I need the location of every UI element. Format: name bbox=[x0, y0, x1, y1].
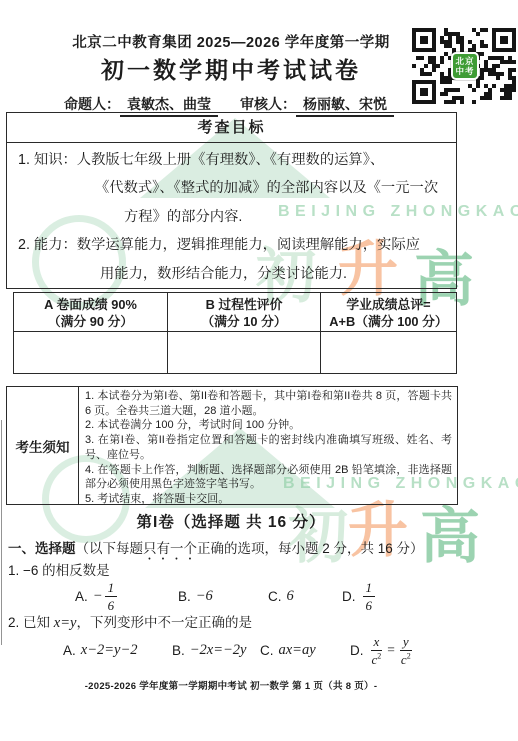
score-header: B 过程性评价 （满分 10 分） bbox=[168, 293, 320, 332]
page-footer: -2025-2026 学年度第一学期期中考试 初一数学 第 1 页（共 8 页）… bbox=[0, 678, 462, 692]
option-a: A. − 16 bbox=[75, 577, 119, 615]
score-column-a: A 卷面成绩 90% （满分 90 分） bbox=[14, 293, 168, 373]
exam-goal-box: 考查目标 1. 知识：人教版七年级上册《有理数》、《有理数的运算》、 《代数式》… bbox=[6, 112, 457, 289]
instruction-heading: 一、选择题 bbox=[8, 541, 76, 556]
notice-item: 5. 考试结束，将答题卡交回。 bbox=[85, 492, 452, 507]
score-cell-empty bbox=[321, 332, 456, 373]
goal-line: 1. 知识：人教版七年级上册《有理数》、《有理数的运算》、 bbox=[7, 143, 456, 174]
score-column-total: 学业成绩总评= A+B（满分 100 分） bbox=[321, 293, 456, 373]
question-text: −6 的相反数是 bbox=[23, 563, 110, 578]
score-header: 学业成绩总评= A+B（满分 100 分） bbox=[321, 293, 456, 332]
goal-line: 《代数式》、《整式的加减》的全部内容以及《一元一次 bbox=[7, 174, 456, 202]
option-c: C. ax=ay bbox=[260, 631, 316, 669]
question-2-stem: 2. 已知 x=y，下列变形中不一定正确的是 bbox=[8, 611, 252, 632]
notice-items: 1. 本试卷分为第I卷、第II卷和答题卡，其中第I卷和第II卷共 8 页，答题卡… bbox=[79, 387, 457, 504]
question-number: 2. bbox=[8, 615, 19, 630]
option-b: B. −6 bbox=[178, 577, 213, 615]
fraction: yc2 bbox=[400, 635, 412, 666]
question-text: ，下列变形中不一定正确的是 bbox=[76, 615, 252, 630]
notice-item: 1. 本试卷分为第I卷、第II卷和答题卡，其中第I卷和第II卷共 8 页，答题卡… bbox=[85, 389, 452, 418]
goal-line: 用能力，数形结合能力，分类讨论能力. bbox=[7, 260, 456, 288]
score-column-b: B 过程性评价 （满分 10 分） bbox=[168, 293, 321, 373]
math-expression: x=y bbox=[54, 615, 77, 631]
option-c: C. 6 bbox=[268, 577, 294, 615]
school-term-line: 北京二中教育集团 2025—2026 学年度第一学期 bbox=[0, 31, 462, 52]
notice-label: 考生须知 bbox=[7, 387, 79, 504]
qr-code: 北京 中考 bbox=[412, 28, 518, 104]
goal-box-title: 考查目标 bbox=[7, 113, 456, 143]
option-d: D. 16 bbox=[342, 577, 377, 615]
instruction-emphasized: 只有一个 bbox=[143, 541, 197, 556]
page-title: 初一数学期中考试试卷 bbox=[0, 52, 462, 85]
option-a: A. x−2=y−2 bbox=[63, 631, 138, 669]
qr-badge-line1: 北京 bbox=[455, 56, 474, 66]
question-1-stem: 1. −6 的相反数是 bbox=[8, 559, 110, 579]
exam-paper-page: BEIJING ZHONGKAO 初 升 高 BEIJING ZHONGKAO … bbox=[0, 0, 518, 741]
section1-title: 第I卷（选择题 共 16 分） bbox=[0, 510, 462, 532]
reviewer-label: 审核人： bbox=[240, 96, 296, 112]
question-number: 1. bbox=[8, 563, 19, 578]
fraction: xc2 bbox=[371, 635, 383, 666]
notice-item: 4. 在答题卡上作答，判断题、选择题部分必须使用 2B 铅笔填涂，非选择题部分必… bbox=[85, 463, 452, 492]
candidate-notice-box: 考生须知 1. 本试卷分为第I卷、第II卷和答题卡，其中第I卷和第II卷共 8 … bbox=[6, 386, 458, 505]
question-text: 已知 bbox=[23, 615, 54, 630]
instruction-text: （以下每题 bbox=[76, 541, 144, 556]
option-b: B. −2x=−2y bbox=[172, 631, 247, 669]
setter-label: 命题人： bbox=[64, 96, 120, 112]
qr-center-badge: 北京 中考 bbox=[451, 52, 479, 80]
score-cell-empty bbox=[168, 332, 320, 373]
fraction: 16 bbox=[363, 581, 376, 612]
goal-line: 方程》的部分内容. bbox=[7, 203, 456, 231]
score-header: A 卷面成绩 90% （满分 90 分） bbox=[14, 293, 167, 332]
goal-line: 2. 能力：数学运算能力，逻辑推理能力，阅读理解能力，实际应 bbox=[7, 231, 456, 259]
fraction: 16 bbox=[105, 581, 118, 612]
notice-item: 3. 在第I卷、第II卷指定位置和答题卡的密封线内准确填写班级、姓名、考号、座位… bbox=[85, 433, 452, 462]
question-2-options: A. x−2=y−2 B. −2x=−2y C. ax=ay D. xc2 = … bbox=[0, 631, 462, 671]
score-table: A 卷面成绩 90% （满分 90 分） B 过程性评价 （满分 10 分） 学… bbox=[13, 292, 457, 374]
notice-item: 2. 本试卷满分 100 分，考试时间 100 分钟。 bbox=[85, 418, 452, 433]
instruction-text: 正确的选项，每小题 2 分，共 16 分） bbox=[197, 541, 424, 556]
score-cell-empty bbox=[14, 332, 167, 373]
option-d: D. xc2 = yc2 bbox=[350, 631, 414, 669]
qr-badge-line2: 中考 bbox=[455, 66, 474, 76]
